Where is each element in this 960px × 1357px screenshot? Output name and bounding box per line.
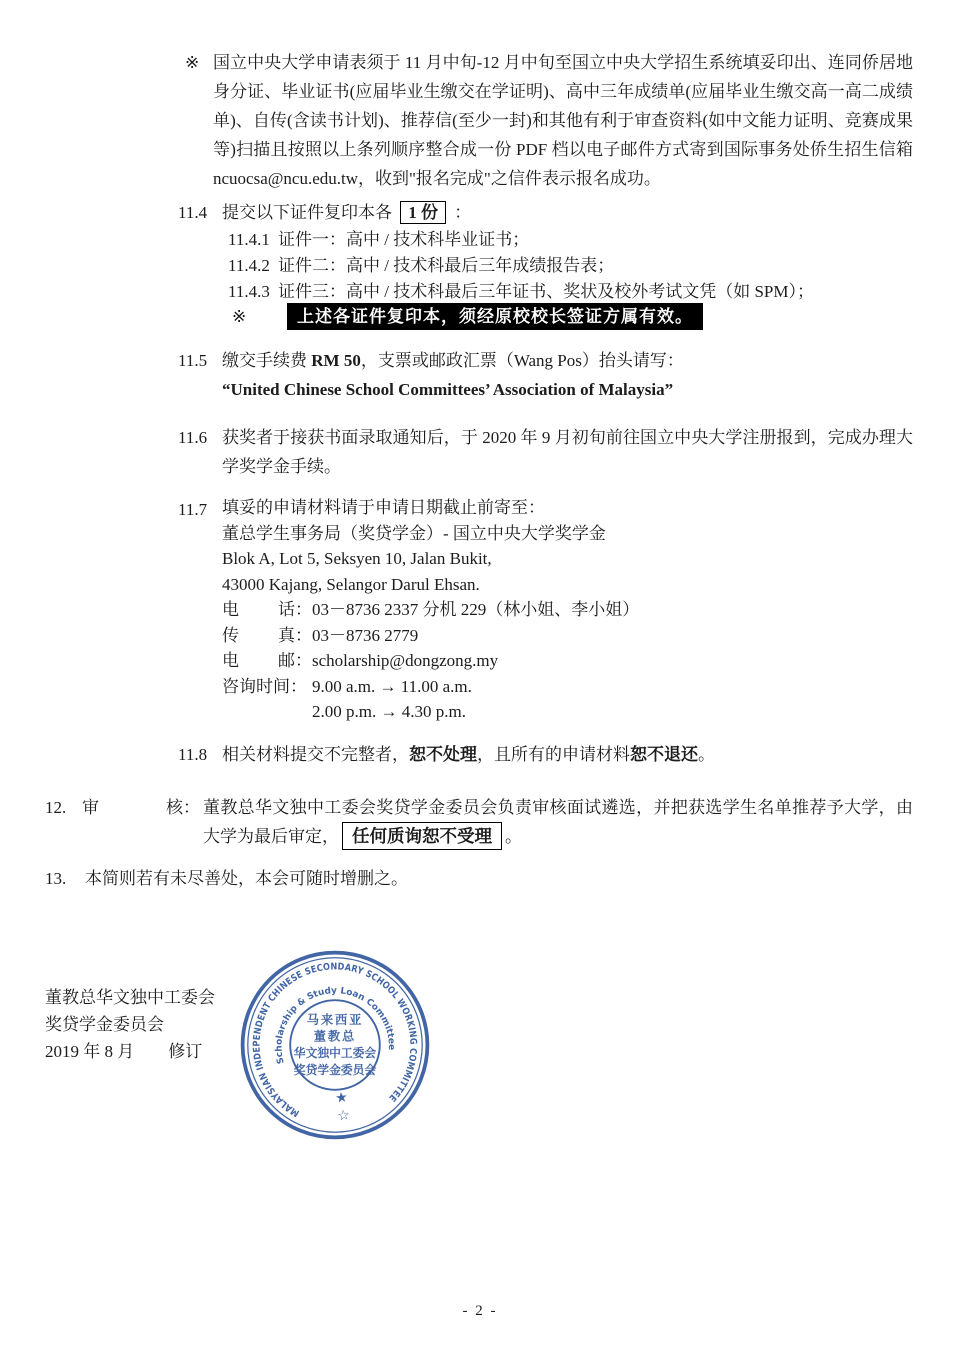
text-segment: 相关材料提交不完整者， [222, 745, 409, 764]
seal-star-filled-icon: ★ [334, 1089, 349, 1106]
seal-center-line-2: 董教总 [314, 1028, 356, 1043]
email-row: 电邮： scholarship@dongzong.my [222, 648, 913, 674]
review-label: 审核： [82, 793, 203, 851]
fee-text-after: ，支票或邮政汇票（Wang Pos）抬头请写： [361, 351, 684, 370]
reference-marker: ※ [185, 48, 213, 193]
page-number: - 2 - [0, 1303, 960, 1320]
application-note-paragraph: ※ 国立中央大学申请表须于 11 月中旬-12 月中旬至国立中央大学招生系统填妥… [185, 48, 913, 193]
label-part: 电 [222, 597, 239, 623]
fee-text: 缴交手续费 [222, 351, 311, 370]
text-segment: 董教总华文独中工委会奖贷学金委员会负责审核面试遴选，并把获选学生名单推荐予大学，… [203, 798, 913, 846]
item-11-4-text-before: 提交以下证件复印本各 [222, 203, 392, 222]
footer-revision-date: 2019 年 8 月 修订 [45, 1038, 215, 1065]
item-13: 13. 本简则若有未尽善处，本会可随时增删之。 [45, 864, 913, 893]
bold-no-return: 恕不退还 [630, 745, 698, 764]
page-content: ※ 国立中央大学申请表须于 11 月中旬-12 月中旬至国立中央大学招生系统填妥… [45, 48, 913, 893]
reference-marker: ※ [232, 303, 287, 330]
subitem-number: 11.4.3 [228, 279, 278, 305]
application-note-text: 国立中央大学申请表须于 11 月中旬-12 月中旬至国立中央大学招生系统填妥印出… [213, 48, 913, 193]
email-value: scholarship@dongzong.my [312, 648, 498, 674]
fax-label: 传真： [222, 623, 312, 649]
text-segment: 。 [505, 827, 522, 846]
subitem-text: 证件一：高中 / 技术科毕业证书； [278, 227, 529, 253]
address-line-2: 43000 Kajang, Selangor Darul Ehsan. [222, 572, 913, 598]
recipient-line: 董总学生事务局（奖贷学金）- 国立中央大学奖学金 [222, 521, 913, 547]
seal-outer-ring [243, 953, 428, 1138]
no-enquiry-box: 任何质询恕不受理 [342, 822, 502, 850]
item-11-8-text: 相关材料提交不完整者，恕不处理，且所有的申请材料恕不退还。 [222, 740, 913, 769]
document-page: ※ 国立中央大学申请表须于 11 月中旬-12 月中旬至国立中央大学招生系统填妥… [0, 0, 960, 1357]
subitem-11-4-1: 11.4.1 证件一：高中 / 技术科毕业证书； [228, 227, 913, 253]
seal-outer-ring-inner-line [248, 958, 422, 1132]
subitem-text: 证件二：高中 / 技术科最后三年成绩报告表； [278, 253, 614, 279]
item-13-text: 本简则若有未尽善处，本会可随时增删之。 [85, 864, 408, 893]
item-11-4-body: 提交以下证件复印本各 1 份 ： 11.4.1 证件一：高中 / 技术科毕业证书… [222, 198, 913, 330]
item-11-4-text-after: ： [454, 203, 471, 222]
phone-label: 电话： [222, 597, 312, 623]
subitem-11-4-2: 11.4.2 证件二：高中 / 技术科最后三年成绩报告表； [228, 253, 913, 279]
item-number: 13. [45, 864, 85, 893]
footer-committee-block: 董教总华文独中工委会 奖贷学金委员会 2019 年 8 月 修订 [45, 984, 215, 1065]
item-number: 11.8 [178, 740, 222, 769]
subitem-number: 11.4.2 [228, 253, 278, 279]
item-11-5: 11.5 缴交手续费 RM 50，支票或邮政汇票（Wang Pos）抬头请写： … [178, 346, 913, 404]
seal-center-line-3: 华文独中工委会 [294, 1046, 377, 1060]
label-part: 真： [278, 623, 312, 649]
subitem-number: 11.4.1 [228, 227, 278, 253]
fax-value: 03－8736 2779 [312, 623, 418, 649]
footer-line-1: 董教总华文独中工委会 [45, 984, 215, 1011]
copies-count-box: 1 份 [400, 201, 446, 224]
phone-value: 03－8736 2337 分机 229（林小姐、李小姐） [312, 597, 639, 623]
item-11-4: 11.4 提交以下证件复印本各 1 份 ： 11.4.1 证件一：高中 / 技术… [178, 198, 913, 330]
label-part: 话： [278, 597, 312, 623]
subitem-11-4-3: 11.4.3 证件三：高中 / 技术科最后三年证书、奖状及校外考试文凭（如 SP… [228, 279, 913, 305]
item-number: 11.6 [178, 423, 222, 481]
item-12-text: 董教总华文独中工委会奖贷学金委员会负责审核面试遴选，并把获选学生名单推荐予大学，… [203, 793, 913, 851]
item-11-7-body: 填妥的申请材料请于申请日期截止前寄至： 董总学生事务局（奖贷学金）- 国立中央大… [222, 495, 913, 725]
item-11-6: 11.6 获奖者于接获书面录取通知后，于 2020 年 9 月初旬前往国立中央大… [178, 423, 913, 481]
certificates-highlight: 上述各证件复印本，须经原校校长签证方属有效。 [287, 303, 703, 330]
fee-line: 缴交手续费 RM 50，支票或邮政汇票（Wang Pos）抬头请写： [222, 346, 913, 375]
email-label: 电邮： [222, 648, 312, 674]
item-11-8: 11.8 相关材料提交不完整者，恕不处理，且所有的申请材料恕不退还。 [178, 740, 913, 769]
fee-amount: RM 50 [311, 351, 361, 370]
item-11-7: 11.7 填妥的申请材料请于申请日期截止前寄至： 董总学生事务局（奖贷学金）- … [178, 495, 913, 725]
seal-center-line-4: 奖贷学金委员会 [294, 1063, 377, 1077]
label-part: 核： [166, 793, 200, 851]
item-number: 11.4 [178, 198, 222, 330]
hours-row: 咨询时间： 9.00 a.m. → 11.00 a.m. [222, 674, 913, 700]
hours-label: 咨询时间： [222, 674, 312, 700]
subitem-text: 证件三：高中 / 技术科最后三年证书、奖状及校外考试文凭（如 SPM）； [278, 279, 814, 305]
phone-row: 电话： 03－8736 2337 分机 229（林小姐、李小姐） [222, 597, 913, 623]
address-line-1: Blok A, Lot 5, Seksyen 10, Jalan Bukit, [222, 546, 913, 572]
footer-line-2: 奖贷学金委员会 [45, 1011, 215, 1038]
mailing-intro: 填妥的申请材料请于申请日期截止前寄至： [222, 495, 913, 521]
seal-center-line-1: 马来西亚 [307, 1012, 364, 1027]
label-part: 传 [222, 623, 239, 649]
label-part: 电 [222, 648, 239, 674]
item-11-4-lead: 提交以下证件复印本各 1 份 ： [222, 198, 913, 227]
text-segment: ，且所有的申请材料 [477, 745, 630, 764]
item-12: 12. 审核： 董教总华文独中工委会奖贷学金委员会负责审核面试遴选，并把获选学生… [45, 793, 913, 851]
bold-no-processing: 恕不处理 [409, 745, 477, 764]
seal-star-outline-icon: ☆ [336, 1107, 351, 1124]
hours-morning: 9.00 a.m. → 11.00 a.m. [312, 674, 472, 700]
fax-row: 传真： 03－8736 2779 [222, 623, 913, 649]
payee-name: “United Chinese School Committees’ Assoc… [222, 375, 913, 404]
item-number: 11.5 [178, 346, 222, 404]
text-segment: 。 [698, 745, 715, 764]
item-number: 11.7 [178, 495, 222, 725]
item-number: 12. [45, 793, 82, 851]
hours-afternoon: 2.00 p.m. → 4.30 p.m. [312, 699, 913, 725]
label-part: 邮： [278, 648, 312, 674]
item-11-6-text: 获奖者于接获书面录取通知后，于 2020 年 9 月初旬前往国立中央大学注册报到… [222, 423, 913, 481]
committee-seal: MALAYSIAN INDEPENDENT CHINESE SECONDARY … [236, 946, 434, 1144]
item-11-5-body: 缴交手续费 RM 50，支票或邮政汇票（Wang Pos）抬头请写： “Unit… [222, 346, 913, 404]
certificates-note-line: ※ 上述各证件复印本，须经原校校长签证方属有效。 [232, 303, 913, 330]
label-part: 审 [82, 793, 99, 851]
